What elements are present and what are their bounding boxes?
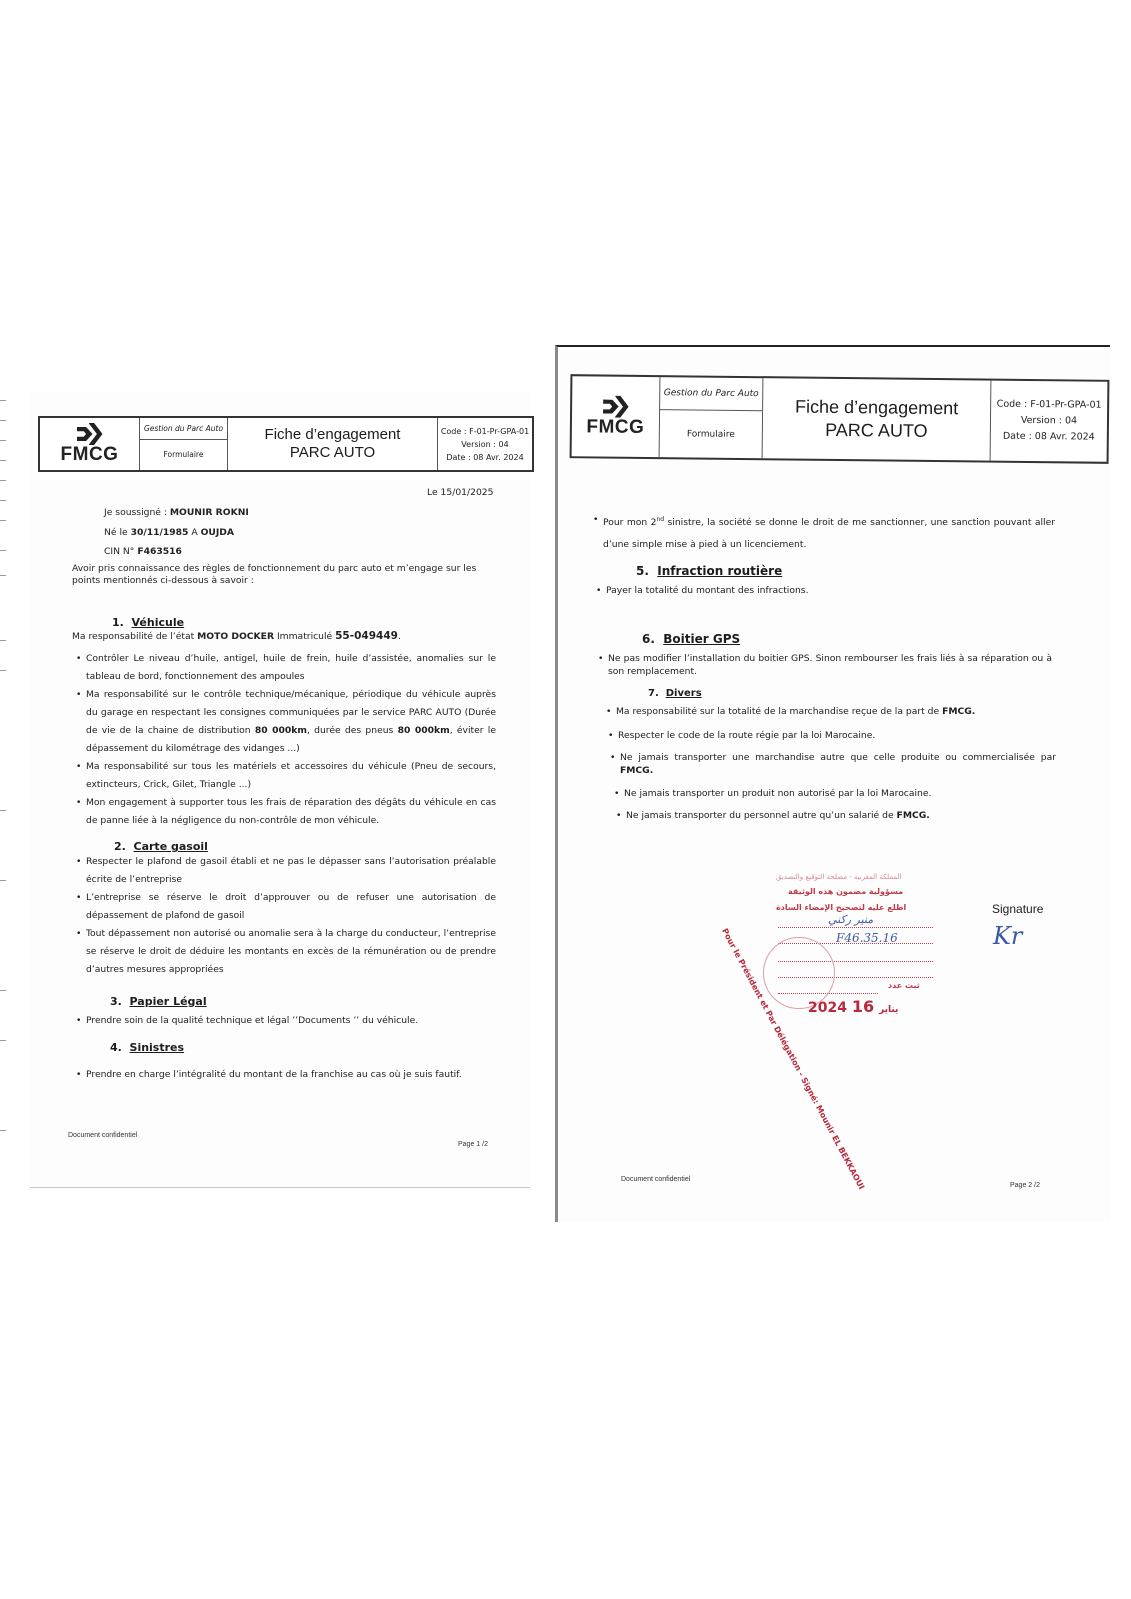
item-text: Ne jamais transporter un produit non aut… <box>624 788 931 799</box>
declarant-name: MOUNIR ROKNI <box>170 507 249 518</box>
cin-line: CIN N° F463516 <box>104 543 182 561</box>
document-meta: Code : F-01-Pr-GPA-01 Version : 04 Date … <box>991 381 1108 462</box>
list-item: Respecter le code de la route régie par … <box>618 727 1058 745</box>
list-item: L’entreprise se réserve le droit d’appro… <box>86 889 496 925</box>
intro-paragraph: Avoir pris connaissance des règles de fo… <box>72 563 496 587</box>
footer-confidential: Document confidentiel <box>621 1176 690 1183</box>
stamp-line: مسؤولية مضمون هذه الوثيقة <box>788 887 903 896</box>
stamp-month: يناير <box>879 1005 898 1015</box>
section-title-text: Carte gasoil <box>134 840 208 853</box>
vehicle-model: MOTO DOCKER <box>197 631 274 642</box>
section-number: 5. <box>636 564 649 578</box>
section-title-text: Sinistres <box>130 1041 185 1054</box>
department-label: Gestion du Parc Auto <box>140 418 227 440</box>
section-number: 2. <box>114 840 126 853</box>
title-line-2: PARC AUTO <box>290 444 375 462</box>
company-name: FMCG. <box>897 810 930 821</box>
document-title: Fiche d’engagement PARC AUTO <box>763 378 992 460</box>
section-title-text: Infraction routière <box>657 564 782 578</box>
fmcg-arrow-logo-icon <box>603 396 629 418</box>
item-text: Respecter le code de la route régie par … <box>618 730 875 741</box>
document-meta: Code : F-01-Pr-GPA-01 Version : 04 Date … <box>438 418 532 470</box>
document-code: Code : F-01-Pr-GPA-01 <box>997 397 1102 414</box>
item-text: sinistre, la société se donne le droit d… <box>603 517 1055 550</box>
cin-number: F463516 <box>137 546 182 557</box>
document-title: Fiche d’engagement PARC AUTO <box>228 418 438 470</box>
vehicle-plate: 55-049449 <box>335 630 398 642</box>
item-text: Ne jamais transporter une marchandise au… <box>620 752 1056 763</box>
document-page-1: FMCG Gestion du Parc Auto Formulaire Fic… <box>30 392 530 1188</box>
list-item: Prendre soin de la qualité technique et … <box>86 1012 496 1030</box>
company-logo: FMCG <box>572 376 661 457</box>
list-item: Ne pas modifier l’installation du boitie… <box>608 652 1052 678</box>
vehicle-lead-prefix: Ma responsabilité de l’état <box>72 631 197 642</box>
declarant-line: Je soussigné : MOUNIR ROKNI <box>104 504 249 522</box>
document-page-2: FMCG Gestion du Parc Auto Formulaire Fic… <box>555 345 1110 1222</box>
birth-place: OUJDA <box>201 527 234 538</box>
fmcg-arrow-logo-icon <box>77 423 103 445</box>
handwritten-cin: F46.35.16 <box>836 931 898 945</box>
birth-date: 30/11/1985 <box>131 527 189 538</box>
list-item: Ne jamais transporter une marchandise au… <box>620 751 1056 777</box>
list-item: Ma responsabilité sur la totalité de la … <box>616 703 1056 721</box>
title-line-1: Fiche d’engagement <box>795 396 958 421</box>
header-department-cell: Gestion du Parc Auto Formulaire <box>660 377 764 458</box>
document-version: Version : 04 <box>461 438 508 451</box>
list-item: Mon engagement à supporter tous les frai… <box>86 794 496 830</box>
company-name: FMCG. <box>620 765 653 776</box>
stamp-line: اطلع عليه لتصحيح الإمضاء السادة <box>776 903 906 912</box>
item-text: Ma responsabilité sur la totalité de la … <box>616 706 942 717</box>
document-header: FMCG Gestion du Parc Auto Formulaire Fic… <box>38 416 534 472</box>
section-infraction-title: 5. Infraction routière <box>636 564 782 578</box>
list-item: Payer la totalité du montant des infract… <box>606 582 1056 600</box>
page-number: Page 2 /2 <box>1010 1182 1040 1189</box>
signing-date: Le 15/01/2025 <box>427 484 493 502</box>
handwritten-name: منير ركني <box>828 913 873 926</box>
declarant-label: Je soussigné : <box>104 507 170 518</box>
list-item: Prendre en charge l’intégralité du monta… <box>86 1066 516 1084</box>
stamp-year: 2024 <box>808 1000 847 1016</box>
stamp-header: المملكة المغربية - مصلحة التوقيع والتصدي… <box>776 873 901 881</box>
legalization-stamp: المملكة المغربية - مصلحة التوقيع والتصدي… <box>728 867 938 1027</box>
item-text: Pour mon 2 <box>603 517 656 528</box>
logo-text: FMCG <box>586 417 644 438</box>
section-carte-gasoil-title: 2. Carte gasoil <box>114 840 208 853</box>
list-item: Respecter le plafond de gasoil établi et… <box>86 853 496 889</box>
stamp-date: 2024 يناير 16 <box>808 997 898 1016</box>
section-papier-legal-title: 3. Papier Légal <box>110 995 207 1008</box>
title-line-2: PARC AUTO <box>825 419 928 443</box>
document-code: Code : F-01-Pr-GPA-01 <box>441 425 529 438</box>
vehicle-lead-mid: Immatriculé <box>274 631 335 642</box>
section-number: 6. <box>642 632 655 646</box>
section-title-text: Boitier GPS <box>663 632 740 646</box>
section-divers-title: 7. Divers <box>648 688 702 699</box>
ordinal-suffix: nd <box>656 516 664 523</box>
page-number: Page 1 /2 <box>458 1141 488 1148</box>
list-item: Contrôler Le niveau d’huile, antigel, hu… <box>86 650 496 686</box>
vehicle-lead-end: . <box>398 631 401 642</box>
signature: Kr <box>993 922 1022 950</box>
section-title-text: Divers <box>666 688 702 699</box>
list-item: Ne jamais transporter un produit non aut… <box>624 785 1054 803</box>
section-number: 7. <box>648 688 659 699</box>
form-type-label: Formulaire <box>140 440 227 470</box>
cin-label: CIN N° <box>104 546 137 557</box>
list-item: Ma responsabilité sur le contrôle techni… <box>86 686 496 758</box>
logo-text: FMCG <box>61 445 119 465</box>
list-item: Ma responsabilité sur tous les matériels… <box>86 758 496 794</box>
header-department-cell: Gestion du Parc Auto Formulaire <box>140 418 228 470</box>
signature-label: Signature <box>992 902 1043 916</box>
section-boitier-gps-title: 6. Boitier GPS <box>642 632 740 646</box>
section-number: 4. <box>110 1041 122 1054</box>
item-text: Ne jamais transporter du personnel autre… <box>626 810 897 821</box>
title-line-1: Fiche d’engagement <box>265 426 401 444</box>
document-version: Version : 04 <box>1021 413 1077 430</box>
vehicle-responsibility-line: Ma responsabilité de l’état MOTO DOCKER … <box>72 627 401 646</box>
list-item: Ne jamais transporter du personnel autre… <box>626 807 1056 825</box>
document-date: Date : 08 Avr. 2024 <box>446 451 523 464</box>
form-type-label: Formulaire <box>660 410 762 458</box>
birth-line: Né le 30/11/1985 A OUJDA <box>104 524 234 542</box>
stamp-day: 16 <box>852 997 874 1016</box>
list-item: Tout dépassement non autorisé ou anomali… <box>86 925 496 979</box>
document-header: FMCG Gestion du Parc Auto Formulaire Fic… <box>570 374 1110 464</box>
stamp-date-label: ثبت عدد <box>888 981 920 990</box>
company-logo: FMCG <box>40 418 140 470</box>
section-sinistres-title: 4. Sinistres <box>110 1041 184 1054</box>
department-label: Gestion du Parc Auto <box>660 377 762 411</box>
birth-separator: A <box>188 527 200 538</box>
document-date: Date : 08 Avr. 2024 <box>1003 429 1095 446</box>
company-name: FMCG. <box>942 706 975 717</box>
footer-confidential: Document confidentiel <box>68 1132 137 1139</box>
section-title-text: Papier Légal <box>130 995 207 1008</box>
section-number: 3. <box>110 995 122 1008</box>
list-item: Pour mon 2nd sinistre, la société se don… <box>603 509 1055 556</box>
birth-label: Né le <box>104 527 131 538</box>
